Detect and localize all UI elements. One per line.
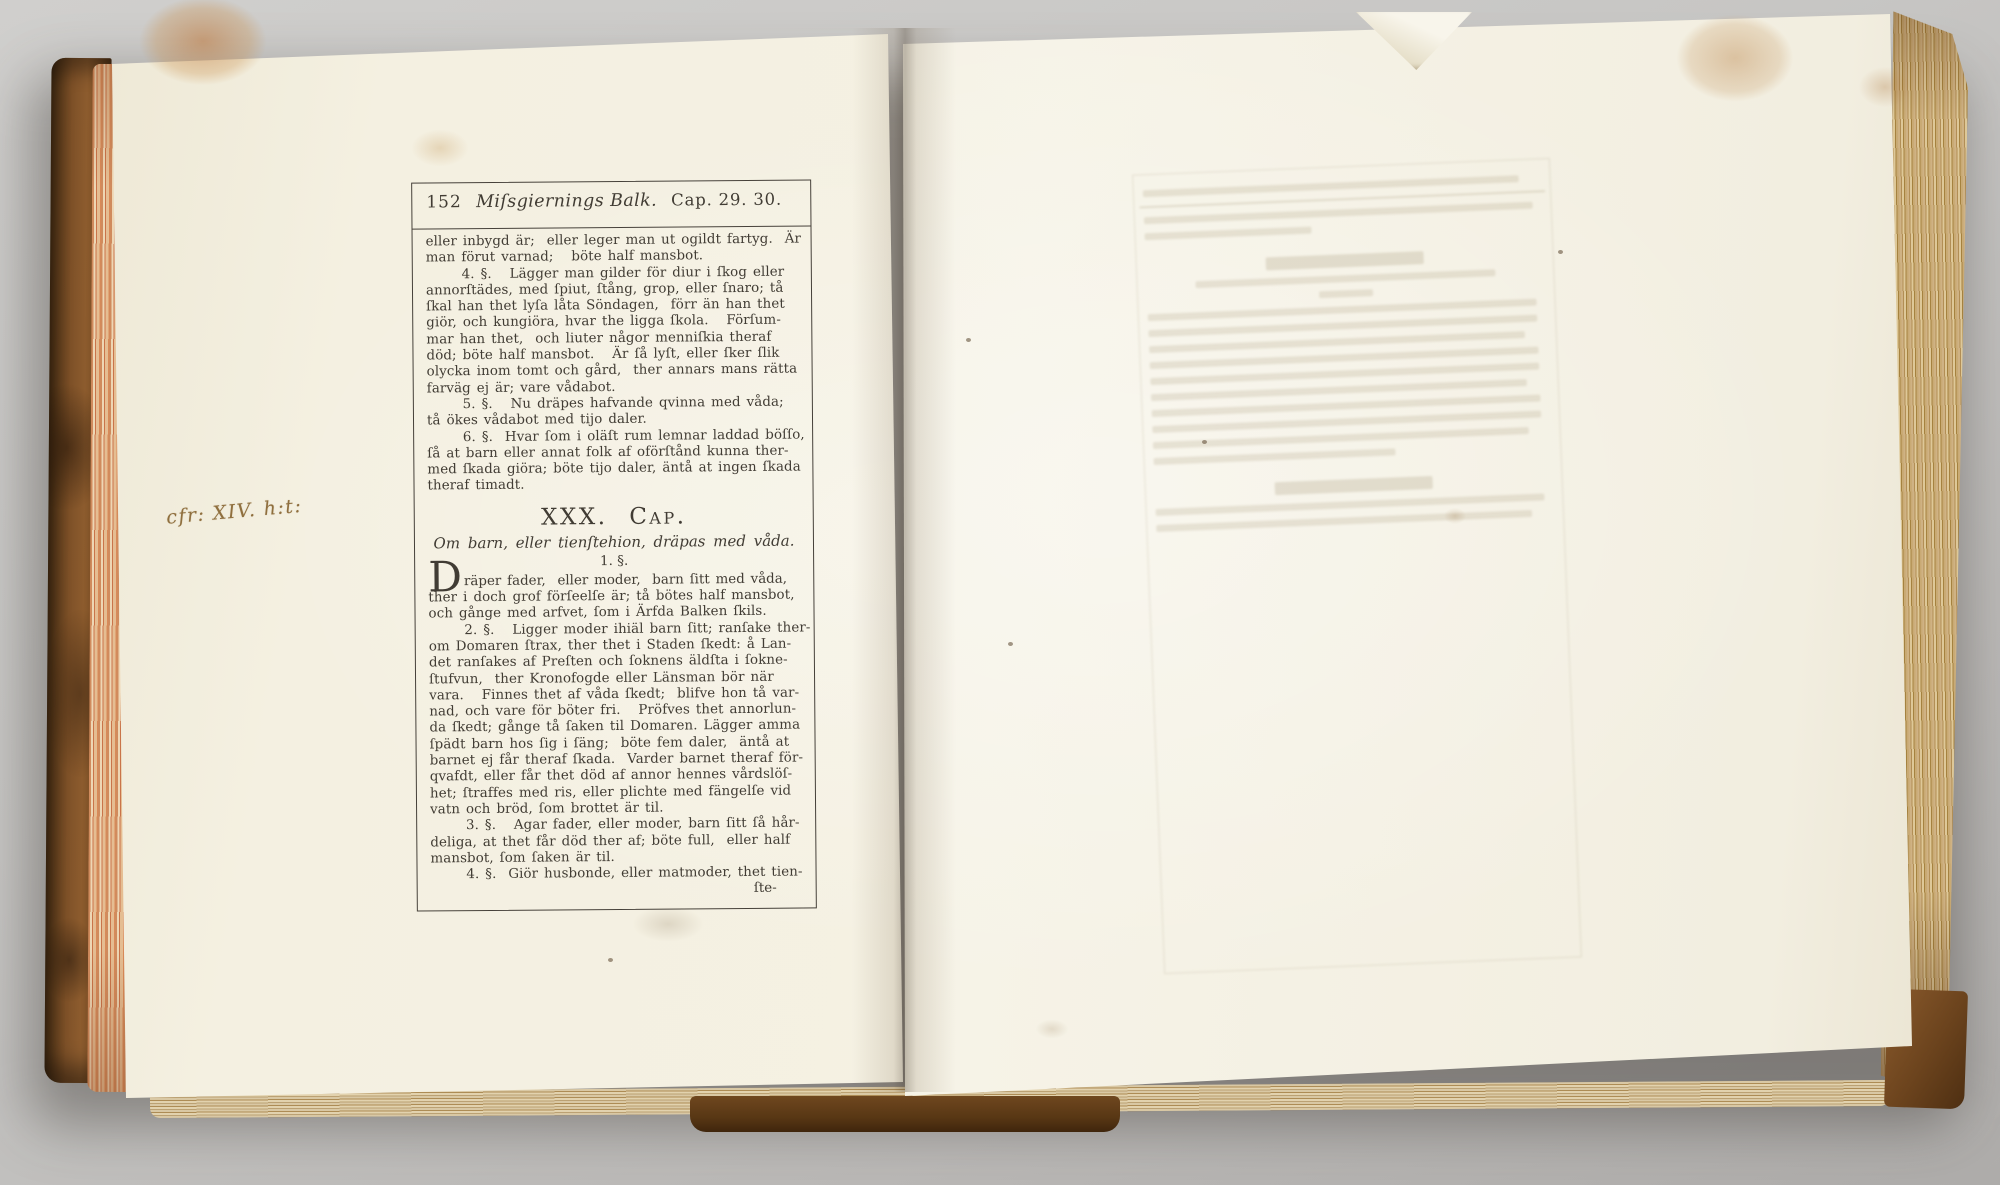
section-cap30-body: ther i doch grof förſeelſe är; tå bötes … [428, 588, 802, 884]
book-gutter-shadow [852, 28, 956, 1092]
show-through-ghost-text [1132, 158, 1582, 974]
foxing-stain [1030, 1016, 1074, 1042]
text-line: olycka inom tomt och gård, ther annars m… [427, 362, 799, 381]
paper-speck [966, 338, 971, 342]
ghost-text-frame [1132, 158, 1582, 974]
paper-speck [1008, 642, 1013, 646]
paper-speck [1202, 440, 1207, 444]
chapter-heading: XXX. Cap. [428, 502, 800, 531]
leather-cover-bottom [690, 1096, 1120, 1132]
foxing-stain [1660, 2, 1810, 114]
photo-of-open-book: { "photo": { "background_color": "#c6c4c… [0, 0, 2000, 1185]
foxing-stain [1850, 60, 1920, 114]
text-line: deliga, at thet får död ther af; böte fu… [430, 832, 802, 851]
text-line: het; ſtraffes med ris, eller plichte med… [430, 783, 802, 802]
text-line: 4. §. Giör husbonde, eller matmoder, the… [431, 865, 803, 884]
foxing-stain [400, 122, 480, 174]
paper-speck [1558, 250, 1563, 254]
paper-speck [608, 958, 613, 962]
body-text: eller inbygd är; eller leger man ut ogil… [413, 226, 816, 900]
running-title-group: Miſsgiernings Balk. Cap. 29. 30. [462, 190, 797, 213]
running-title: Miſsgiernings Balk. [476, 191, 657, 212]
first-line-text: räper fader, eller moder, barn ſitt med … [464, 571, 787, 589]
text-line: theraf timadt. [427, 476, 799, 495]
text-line: 5. §. Nu dräpes hafvande qvinna med våda… [427, 395, 799, 414]
text-line: eller inbygd är; eller leger man ut ogil… [426, 232, 798, 251]
chapter-range: Cap. 29. 30. [671, 190, 782, 210]
page-number: 152 [426, 192, 462, 212]
printed-text-block: 152 Miſsgiernings Balk. Cap. 29. 30. ell… [411, 179, 817, 911]
section-mark: 1. §. [428, 550, 800, 571]
catchword: ſte- [431, 881, 803, 900]
section-cap29-continuation: eller inbygd är; eller leger man ut ogil… [426, 232, 800, 496]
chapter-subtitle: Om barn, eller tienſtehion, dräpas med v… [428, 530, 800, 553]
foxing-stain [1440, 505, 1470, 527]
running-header: 152 Miſsgiernings Balk. Cap. 29. 30. [412, 180, 810, 229]
